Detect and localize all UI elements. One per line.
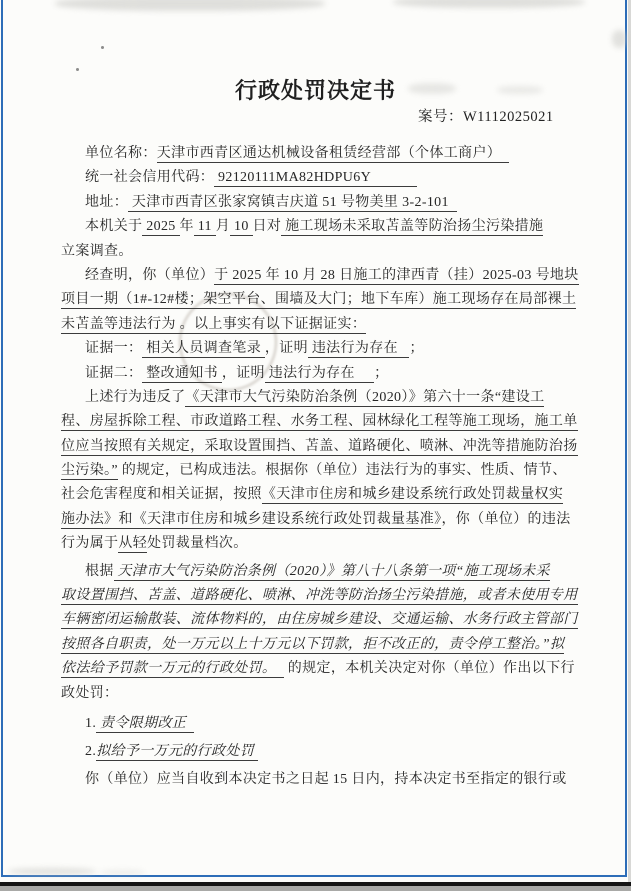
fill-in-text: 责令限期改正 [96, 716, 194, 733]
doc-line: 立案调查。 [61, 240, 575, 264]
text-segment: 月 [216, 219, 230, 234]
fill-in-text: 《天津市住房和城乡建设系统行政处罚裁量权实 [262, 487, 563, 504]
fill-in-text: 10 [230, 219, 252, 236]
text-segment: 根据 [85, 564, 114, 579]
fill-in-text: 按照各自职责，处一万元以上十万元以下罚款，拒不改正的，责令停工整治。”拟 [61, 637, 564, 654]
doc-line: 按照各自职责，处一万元以上十万元以下罚款，拒不改正的，责令停工整治。”拟 [61, 633, 575, 657]
doc-line: 程、房屋拆除工程、市政道路工程、水务工程、园林绿化工程等施工现场，施工单 [61, 410, 575, 434]
scan-smudge [55, 0, 325, 11]
doc-line: 1. 责令限期改正 [61, 710, 575, 738]
doc-line: 施办法》和《天津市住房和城乡建设系统行政处罚裁量基准》，你（单位）的违法 [61, 508, 575, 532]
fill-in-text: 92120111MA82HDPU6Y [214, 170, 417, 187]
text-segment: 社会危害程度和相关证据，按照 [61, 487, 262, 502]
text-segment: ； [409, 341, 423, 356]
fill-in-text: 从轻 [118, 536, 147, 553]
fill-in-text: 项目一期（1#-12#楼；架空平台、围墙及大门；地下车库）施工现场存在局部裸土 [61, 292, 576, 309]
fill-in-text: 2025 [142, 219, 179, 236]
doc-line: 位应当按照有关规定，采取设置围挡、苫盖、道路硬化、喷淋、冲洗等措施防治扬 [61, 435, 575, 459]
fill-in-text: 于 2025 年 10 月 28 日施工的津西青（挂）2025-03 号地块 [214, 268, 578, 285]
fill-in-text: 依法给予罚款一万元的行政处罚。 [61, 661, 284, 678]
doc-line: 社会危害程度和相关证据，按照《天津市住房和城乡建设系统行政处罚裁量权实 [61, 483, 575, 507]
scan-smudge [8, 868, 96, 875]
text-segment: ，证明 [222, 366, 265, 381]
case-number: 案号：W1112025021 [418, 105, 554, 126]
doc-line: 证据二： 整改通知书 ，证明 违法行为存在 ； [61, 362, 575, 386]
text-segment: ； [374, 366, 388, 381]
scanned-document-page: 行政处罚决定书 案号：W1112025021 单位名称：天津市西青区通达机械设备… [0, 0, 631, 891]
scan-speck [101, 46, 104, 49]
fill-in-text: 施工现场未采取苫盖等防治扬尘污染措施 [281, 219, 543, 236]
text-segment: 证据二： [85, 366, 142, 381]
text-segment: 的规定，本机关决定对你（单位）作出以下行 [284, 661, 575, 676]
text-segment: 地址： [85, 195, 128, 210]
fill-in-text: 未苫盖等违法行为 。以上事实有以下证据证实： [61, 317, 366, 334]
text-segment: 政处罚： [61, 686, 118, 701]
text-segment: 的规定，已构成违法。根据你（单位）违法行为的事实、性质、情节、 [118, 463, 567, 478]
fill-in-text: 施办法》和《天津市住房和城乡建设系统行政处罚裁量基准》 [61, 512, 441, 529]
document-title: 行政处罚决定书 [0, 74, 631, 105]
fill-in-text: 程、房屋拆除工程、市政道路工程、水务工程、园林绿化工程等施工现场，施工单 [61, 414, 578, 431]
doc-line: 尘污染。” 的规定，已构成违法。根据你（单位）违法行为的事实、性质、情节、 [61, 459, 575, 483]
text-segment: 行为属于 [61, 536, 118, 551]
text-segment: 统一社会信用代码： [85, 170, 214, 185]
doc-line: 政处罚： [61, 682, 575, 706]
fill-in-text: 车辆密闭运输散装、流体物料的，由住房城乡建设、交通运输、水务行政主管部门 [61, 612, 578, 629]
fill-in-text: 整改通知书 [142, 366, 221, 383]
doc-line: 车辆密闭运输散装、流体物料的，由住房城乡建设、交通运输、水务行政主管部门 [61, 608, 575, 632]
text-segment: 日对 [253, 219, 282, 234]
fill-in-text: 违法行为存在 [265, 366, 374, 383]
scan-smudge [393, 0, 585, 8]
fill-in-text: 拟给予一万元的行政处罚 [96, 744, 258, 761]
text-segment: 年 [180, 219, 194, 234]
text-segment: ，证明 [265, 341, 308, 356]
scan-speck [76, 68, 79, 71]
document-body: 单位名称：天津市西青区通达机械设备租赁经营部（个体工商户） 统一社会信用代码： … [61, 142, 575, 794]
case-number-label: 案号： [418, 109, 463, 125]
text-segment: 上述行为违反了 [85, 390, 185, 405]
text-segment: 2. [85, 744, 96, 759]
scanner-bed-strip [0, 886, 631, 891]
case-number-value: W1112025021 [463, 109, 554, 125]
text-segment: 1. [85, 716, 96, 731]
doc-line: 本机关于 2025 年 11 月 10 日对 施工现场未采取苫盖等防治扬尘污染措… [61, 215, 575, 239]
doc-line: 根据 天津市大气污染防治条例（2020）》第八十八条第一项“施工现场未采 [61, 560, 575, 584]
doc-line: 依法给予罚款一万元的行政处罚。 的规定，本机关决定对你（单位）作出以下行 [61, 657, 575, 681]
scan-smudge [100, 870, 145, 875]
text-segment: 证据一： [85, 341, 142, 356]
fill-in-text: 位应当按照有关规定，采取设置围挡、苫盖、道路硬化、喷淋、冲洗等措施防治扬 [61, 439, 578, 456]
doc-line: 证据一： 相关人员调查笔录 ，证明 违法行为存在 ； [61, 337, 575, 361]
fill-in-text: 《天津市大气污染防治条例（2020）》第六十一条“建设工 [185, 390, 544, 407]
fill-in-text: 天津市大气污染防治条例（2020）》第八十八条第一项“施工现场未采 [114, 564, 550, 581]
doc-line: 单位名称：天津市西青区通达机械设备租赁经营部（个体工商户） [61, 142, 575, 166]
fill-in-text: 天津市西青区通达机械设备租赁经营部（个体工商户） [157, 146, 509, 163]
text-segment: 你（单位）应当自收到本决定书之日起 15 日内，持本决定书至指定的银行或 [85, 772, 567, 787]
text-segment: 本机关于 [85, 219, 142, 234]
fill-in-text: 尘污染。” [61, 463, 118, 480]
text-segment: 立案调查。 [61, 244, 133, 259]
doc-line: 地址： 天津市西青区张家窝镇吉庆道 51 号物美里 3-2-101 [61, 191, 575, 215]
doc-line: 经查明，你（单位）于 2025 年 10 月 28 日施工的津西青（挂）2025… [61, 264, 575, 288]
doc-line: 项目一期（1#-12#楼；架空平台、围墙及大门；地下车库）施工现场存在局部裸土 [61, 288, 575, 312]
fill-in-text: 相关人员调查笔录 [142, 341, 265, 358]
page-border-right [625, 0, 627, 877]
doc-line: 上述行为违反了《天津市大气污染防治条例（2020）》第六十一条“建设工 [61, 386, 575, 410]
text-segment: ，你（单位）的违法 [441, 512, 570, 527]
doc-line: 统一社会信用代码： 92120111MA82HDPU6Y [61, 166, 575, 190]
page-border-bottom [1, 875, 627, 877]
text-segment: 处罚裁量档次。 [147, 536, 247, 551]
page-border-left [1, 0, 3, 877]
text-segment: 单位名称： [85, 146, 157, 161]
scan-smudge [612, 30, 627, 48]
text-segment: 经查明，你（单位） [85, 268, 214, 283]
fill-in-text: 天津市西青区张家窝镇吉庆道 51 号物美里 3-2-101 [128, 195, 457, 212]
doc-line: 未苫盖等违法行为 。以上事实有以下证据证实： [61, 313, 575, 337]
fill-in-text: 11 [194, 219, 216, 236]
doc-line: 行为属于从轻处罚裁量档次。 [61, 532, 575, 556]
doc-line: 取设置围挡、苫盖、道路硬化、喷淋、冲洗等防治扬尘污染措施，或者未使用专用 [61, 584, 575, 608]
doc-line: 你（单位）应当自收到本决定书之日起 15 日内，持本决定书至指定的银行或 [61, 766, 575, 794]
doc-line: 2.拟给予一万元的行政处罚 [61, 738, 575, 766]
fill-in-text: 违法行为存在 [308, 341, 410, 358]
fill-in-text: 取设置围挡、苫盖、道路硬化、喷淋、冲洗等防治扬尘污染措施，或者未使用专用 [61, 588, 578, 605]
